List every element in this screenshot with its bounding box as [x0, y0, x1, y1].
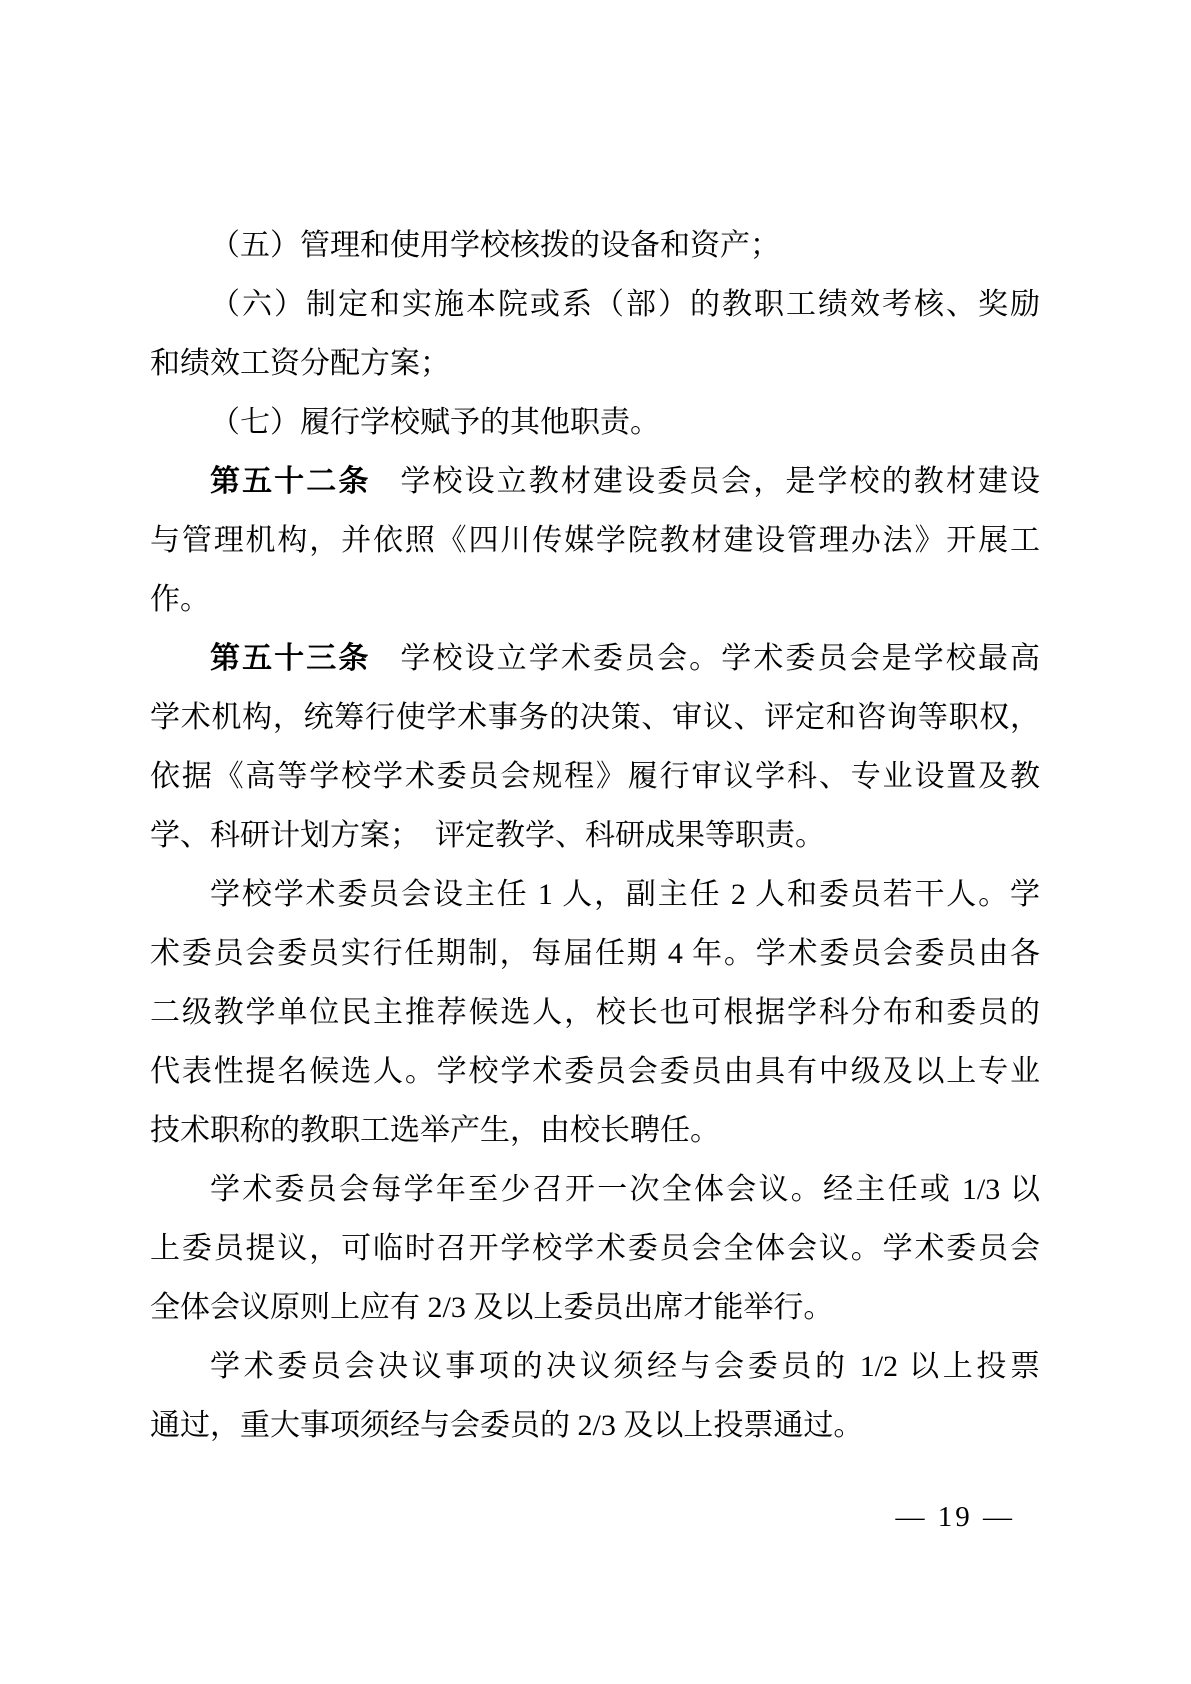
paragraph: （七）履行学校赋予的其他职责。: [150, 393, 1040, 452]
text-line: 学术委员会决议事项的决议须经与会委员的 1/2 以上投票: [150, 1337, 1040, 1396]
text-line: 二级教学单位民主推荐候选人，校长也可根据学科分布和委员的: [150, 983, 1040, 1042]
text-line: 上委员提议，可临时召开学校学术委员会全体会议。学术委员会: [150, 1219, 1040, 1278]
paragraph: 学校学术委员会设主任 1 人，副主任 2 人和委员若干人。学术委员会委员实行任期…: [150, 865, 1040, 1160]
document-page: （五）管理和使用学校核拨的设备和资产；（六）制定和实施本院或系（部）的教职工绩效…: [0, 0, 1191, 1684]
text-line: 学校学术委员会设主任 1 人，副主任 2 人和委员若干人。学: [150, 865, 1040, 924]
text-line: 第五十二条学校设立教材建设委员会，是学校的教材建设: [150, 452, 1040, 511]
paragraph: （六）制定和实施本院或系（部）的教职工绩效考核、奖励和绩效工资分配方案；: [150, 275, 1040, 393]
text-line: 通过，重大事项须经与会委员的 2/3 及以上投票通过。: [150, 1396, 1040, 1455]
text-line: （五）管理和使用学校核拨的设备和资产；: [150, 216, 1040, 275]
text-line: 学术委员会每学年至少召开一次全体会议。经主任或 1/3 以: [150, 1160, 1040, 1219]
text-line: （六）制定和实施本院或系（部）的教职工绩效考核、奖励: [150, 275, 1040, 334]
document-page-background: { "colors": { "text": "#000000", "backgr…: [0, 0, 1191, 1684]
article-number: 第五十二条: [210, 465, 370, 498]
document-body: （五）管理和使用学校核拨的设备和资产；（六）制定和实施本院或系（部）的教职工绩效…: [150, 216, 1040, 1455]
text-line: 技术职称的教职工选举产生，由校长聘任。: [150, 1101, 1040, 1160]
text-line: 和绩效工资分配方案；: [150, 334, 1040, 393]
text-line: 依据《高等学校学术委员会规程》履行审议学科、专业设置及教: [150, 747, 1040, 806]
paragraph: （五）管理和使用学校核拨的设备和资产；: [150, 216, 1040, 275]
paragraph: 学术委员会每学年至少召开一次全体会议。经主任或 1/3 以上委员提议，可临时召开…: [150, 1160, 1040, 1337]
text-line: 学术机构，统筹行使学术事务的决策、审议、评定和咨询等职权，: [150, 688, 1040, 747]
paragraph: 学术委员会决议事项的决议须经与会委员的 1/2 以上投票通过，重大事项须经与会委…: [150, 1337, 1040, 1455]
text-line: （七）履行学校赋予的其他职责。: [150, 393, 1040, 452]
text-line: 术委员会委员实行任期制，每届任期 4 年。学术委员会委员由各: [150, 924, 1040, 983]
text-line: 代表性提名候选人。学校学术委员会委员由具有中级及以上专业: [150, 1042, 1040, 1101]
text-line: 学、科研计划方案； 评定教学、科研成果等职责。: [150, 806, 1040, 865]
text-line: 作。: [150, 570, 1040, 629]
article-number: 第五十三条: [210, 642, 370, 675]
text-line: 与管理机构，并依照《四川传媒学院教材建设管理办法》开展工: [150, 511, 1040, 570]
paragraph: 第五十二条学校设立教材建设委员会，是学校的教材建设与管理机构，并依照《四川传媒学…: [150, 452, 1040, 629]
text-line: 第五十三条学校设立学术委员会。学术委员会是学校最高: [150, 629, 1040, 688]
page-number: — 19 —: [896, 1496, 1016, 1538]
paragraph: 第五十三条学校设立学术委员会。学术委员会是学校最高学术机构，统筹行使学术事务的决…: [150, 629, 1040, 865]
text-line: 全体会议原则上应有 2/3 及以上委员出席才能举行。: [150, 1278, 1040, 1337]
